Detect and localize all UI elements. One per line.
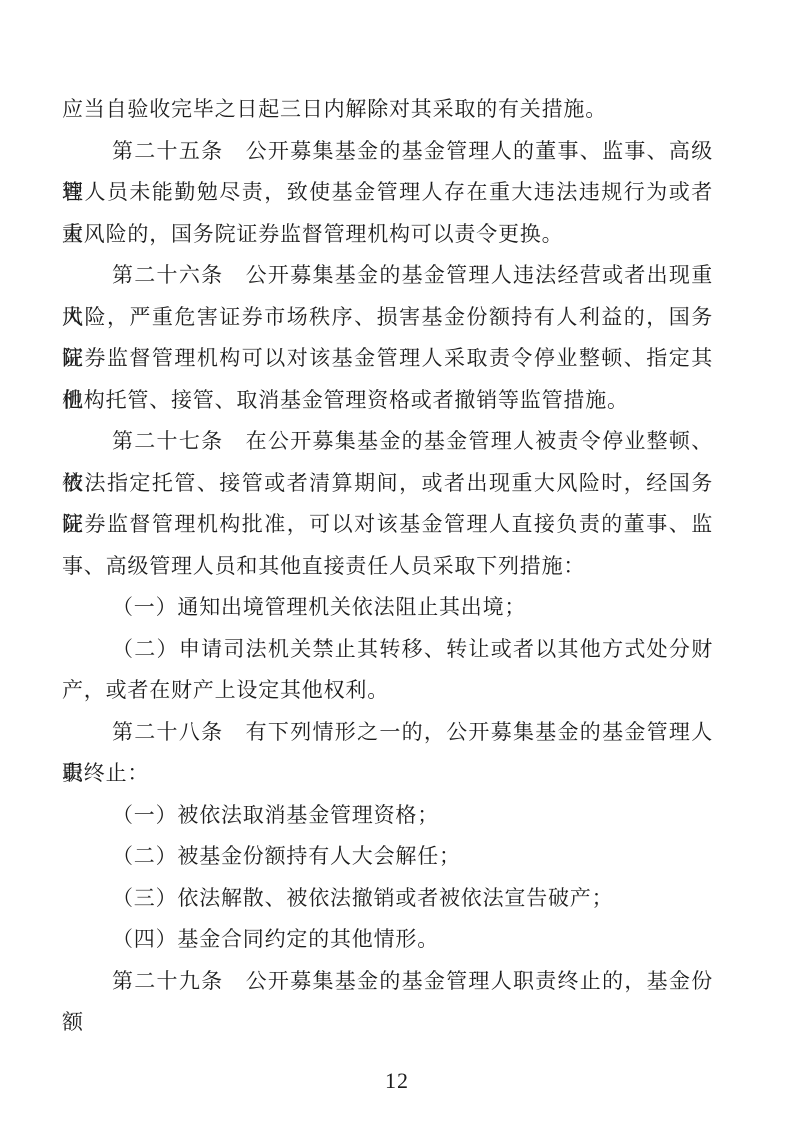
text-line: 应当自验收完毕之日起三日内解除对其采取的有关措施。 bbox=[62, 89, 713, 131]
text-line: 证券监督管理机构批准，可以对该基金管理人直接负责的董事、监 bbox=[62, 504, 713, 546]
text-line: 第二十五条 公开募集基金的基金管理人的董事、监事、高级管 bbox=[62, 131, 713, 173]
page-number: 12 bbox=[385, 1068, 409, 1093]
text-line: （三）依法解散、被依法撤销或者被依法宣告破产； bbox=[62, 878, 713, 920]
text-line: 证券监督管理机构可以对该基金管理人采取责令停业整顿、指定其他 bbox=[62, 338, 713, 380]
text-line: 第二十六条 公开募集基金的基金管理人违法经营或者出现重大 bbox=[62, 255, 713, 297]
text-line: 理人员未能勤勉尽责，致使基金管理人存在重大违法违规行为或者重 bbox=[62, 172, 713, 214]
text-line: （四）基金合同约定的其他情形。 bbox=[62, 919, 713, 961]
page-footer: 12 bbox=[0, 1068, 794, 1094]
text-line: 机构托管、接管、取消基金管理资格或者撤销等监管措施。 bbox=[62, 380, 713, 422]
text-line: 事、高级管理人员和其他直接责任人员采取下列措施： bbox=[62, 546, 713, 588]
text-line: 依法指定托管、接管或者清算期间，或者出现重大风险时，经国务院 bbox=[62, 463, 713, 505]
text-line: 第二十八条 有下列情形之一的，公开募集基金的基金管理人职 bbox=[62, 712, 713, 754]
text-line: 第二十七条 在公开募集基金的基金管理人被责令停业整顿、被 bbox=[62, 421, 713, 463]
document-text-block: 应当自验收完毕之日起三日内解除对其采取的有关措施。第二十五条 公开募集基金的基金… bbox=[62, 89, 713, 1002]
text-line: 大风险的，国务院证券监督管理机构可以责令更换。 bbox=[62, 214, 713, 256]
document-page: 应当自验收完毕之日起三日内解除对其采取的有关措施。第二十五条 公开募集基金的基金… bbox=[0, 0, 794, 1123]
text-line: （一）通知出境管理机关依法阻止其出境； bbox=[62, 587, 713, 629]
text-line: 产，或者在财产上设定其他权利。 bbox=[62, 670, 713, 712]
text-line: 第二十九条 公开募集基金的基金管理人职责终止的，基金份额 bbox=[62, 961, 713, 1003]
text-line: （一）被依法取消基金管理资格； bbox=[62, 795, 713, 837]
text-line: （二）被基金份额持有人大会解任； bbox=[62, 836, 713, 878]
text-line: 风险，严重危害证券市场秩序、损害基金份额持有人利益的，国务院 bbox=[62, 297, 713, 339]
text-line: 责终止： bbox=[62, 753, 713, 795]
text-line: （二）申请司法机关禁止其转移、转让或者以其他方式处分财 bbox=[62, 629, 713, 671]
